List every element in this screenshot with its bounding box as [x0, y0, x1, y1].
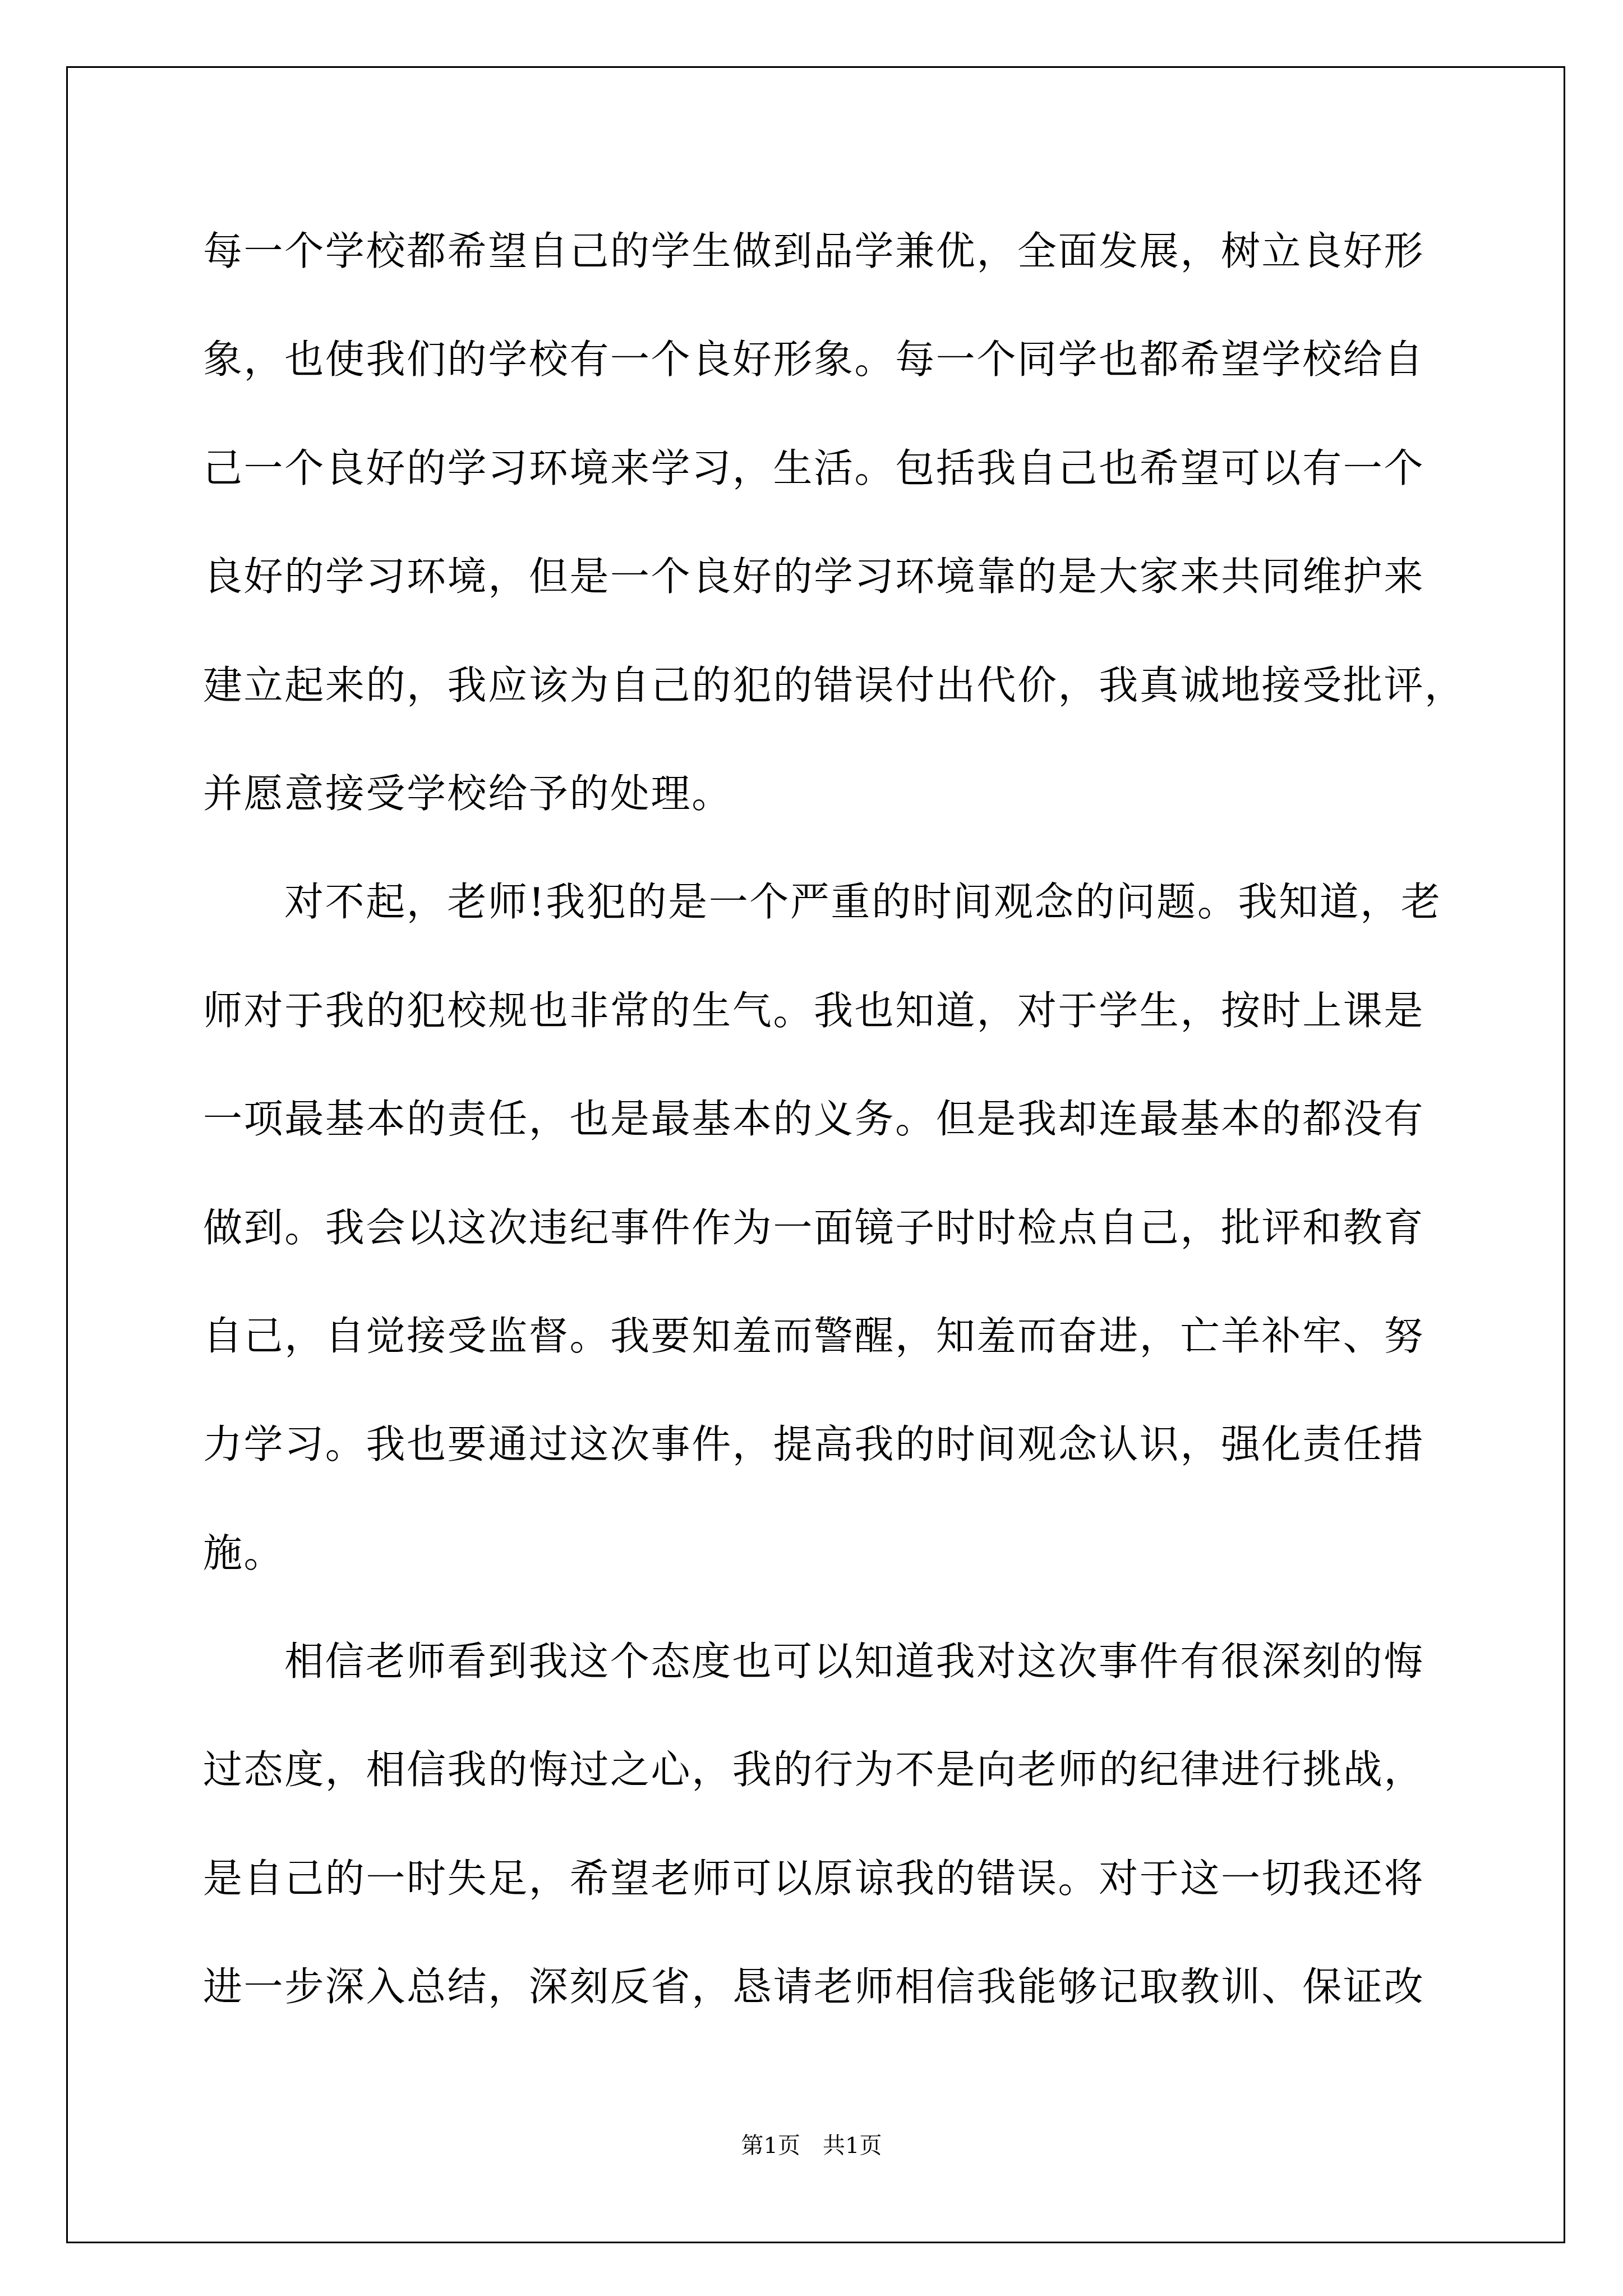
paragraph-1-line: 每一个学校都希望自己的学生做到品学兼优，全面发展，树立良好形 — [203, 223, 1437, 332]
document-body: 每一个学校都希望自己的学生做到品学兼优，全面发展，树立良好形 象，也使我们的学校… — [203, 223, 1437, 2068]
paragraph-1-line: 并愿意接受学校给予的处理。 — [203, 766, 1437, 874]
paragraph-1-line: 良好的学习环境，但是一个良好的学习环境靠的是大家来共同维护来 — [203, 549, 1437, 657]
paragraph-2-line: 师对于我的犯校规也非常的生气。我也知道，对于学生，按时上课是 — [203, 983, 1437, 1091]
paragraph-3-line: 过态度，相信我的悔过之心，我的行为不是向老师的纪律进行挑战， — [203, 1742, 1437, 1850]
paragraph-3-line: 相信老师看到我这个态度也可以知道我对这次事件有很深刻的悔 — [203, 1634, 1437, 1742]
paragraph-2-line: 力学习。我也要通过这次事件，提高我的时间观念认识，强化责任措 — [203, 1416, 1437, 1525]
paragraph-2-line: 做到。我会以这次违纪事件作为一面镜子时时检点自己，批评和教育 — [203, 1200, 1437, 1308]
paragraph-2-line: 自己，自觉接受监督。我要知羞而警醒，知羞而奋进，亡羊补牢、努 — [203, 1308, 1437, 1416]
paragraph-3-line: 进一步深入总结，深刻反省，恳请老师相信我能够记取教训、保证改 — [203, 1959, 1437, 2067]
paragraph-1-line: 建立起来的，我应该为自己的犯的错误付出代价，我真诚地接受批评， — [203, 657, 1437, 766]
paragraph-1-line: 己一个良好的学习环境来学习，生活。包括我自己也希望可以有一个 — [203, 440, 1437, 549]
paragraph-2-line: 对不起，老师!我犯的是一个严重的时间观念的问题。我知道，老 — [203, 874, 1437, 982]
paragraph-2-line: 施。 — [203, 1525, 1437, 1634]
paragraph-1-line: 象，也使我们的学校有一个良好形象。每一个同学也都希望学校给自 — [203, 332, 1437, 440]
paragraph-3-line: 是自己的一时失足，希望老师可以原谅我的错误。对于这一切我还将 — [203, 1851, 1437, 1959]
paragraph-2-line: 一项最基本的责任，也是最基本的义务。但是我却连最基本的都没有 — [203, 1091, 1437, 1199]
page-number-footer: 第1页 共1页 — [0, 2132, 1623, 2160]
